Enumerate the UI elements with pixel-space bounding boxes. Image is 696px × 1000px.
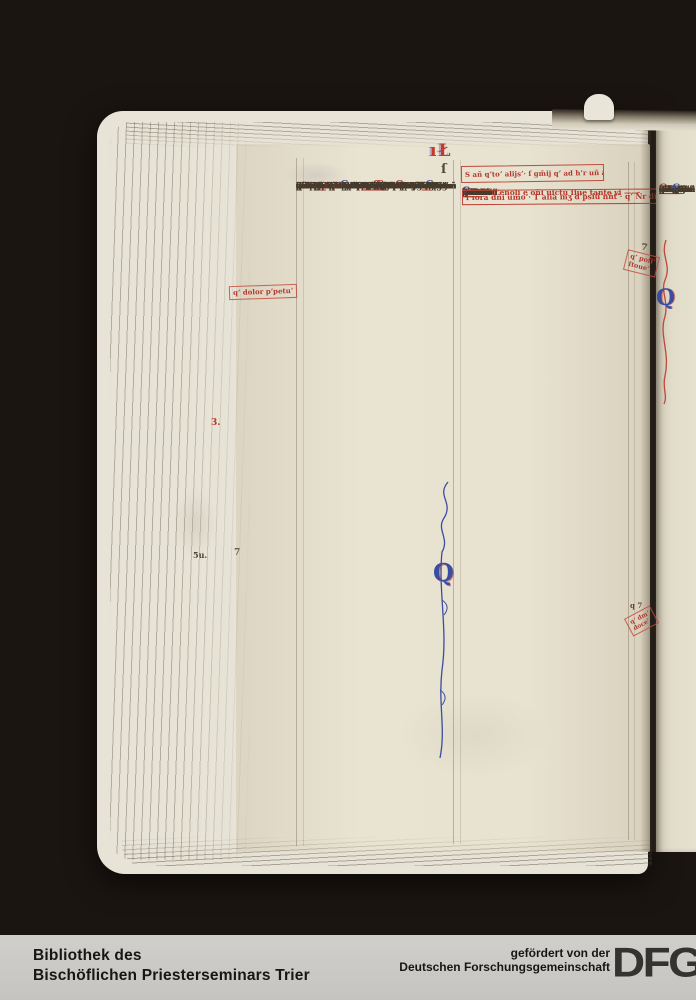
- bottom-edge-page-stack: [122, 836, 652, 866]
- margin-mark: 3.: [211, 419, 220, 428]
- margin-note-left: qʼ dolor pʼpetuʼ: [229, 284, 298, 300]
- holding-institution: Bibliothek des Bischöflichen Priestersem…: [33, 946, 310, 986]
- quire-numeral: ıŁ: [430, 142, 453, 160]
- pen-flourish-red: [658, 236, 674, 406]
- facing-decorated-initial: Q: [656, 286, 675, 310]
- margin-mark: 5u.: [193, 551, 207, 560]
- top-edge-right-leaves: [552, 109, 696, 131]
- decorated-initial: Q: [433, 560, 454, 586]
- page-stain: [172, 488, 218, 558]
- pen-flourish-blue: [430, 480, 462, 760]
- page-stain: [400, 690, 550, 780]
- running-title-rubric: S añ qʼtoʼ alijsʼ· ſ gm̃ij qʼ ad hʼr uñ …: [461, 164, 604, 183]
- vellum-tab: [584, 94, 614, 120]
- dfg-logo: DFG: [612, 943, 696, 982]
- caption-bar: Bibliothek des Bischöflichen Priestersem…: [0, 935, 696, 1000]
- digitized-manuscript-photo: ıŁ ſ S añ qʼtoʼ alijsʼ· ſ gm̃ij qʼ ad hʼ…: [0, 0, 696, 1000]
- scribal-hook-mark: ſ: [441, 163, 447, 177]
- funding-credit: gefördert von der Deutschen Forschungsge…: [399, 947, 610, 974]
- margin-mark: 7: [234, 549, 240, 558]
- gutter-mark: q 7: [630, 601, 642, 610]
